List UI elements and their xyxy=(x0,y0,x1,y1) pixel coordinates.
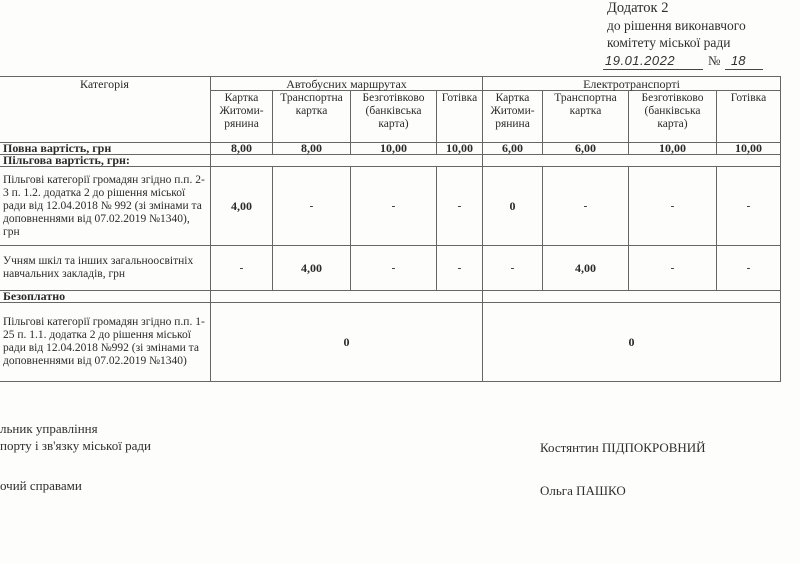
signatory-2-position: очий справами xyxy=(0,477,82,494)
price-cell: 0 xyxy=(483,167,543,246)
price-cell: 10,00 xyxy=(629,143,717,155)
price-cell: - xyxy=(437,246,483,291)
price-cell: 10,00 xyxy=(717,143,781,155)
price-cell: - xyxy=(351,246,437,291)
table-row-free-section: Безоплатно xyxy=(0,291,781,303)
table-row: Пільгові категорії громадян згідно п.п. … xyxy=(0,303,781,382)
price-cell: 8,00 xyxy=(273,143,351,155)
annex-line3: комітету міської ради xyxy=(607,34,746,51)
subheader-bus-city-card: Картка Житоми-рянина xyxy=(211,91,273,143)
annex-header: Додаток 2 до рішення виконавчого комітет… xyxy=(607,0,746,69)
section-label: Пільгова вартість, грн: xyxy=(0,155,211,167)
price-cell: - xyxy=(629,246,717,291)
price-cell: - xyxy=(717,167,781,246)
price-cell: - xyxy=(483,246,543,291)
date-underline xyxy=(603,69,703,70)
position-line: порту і зв'язку міської ради xyxy=(0,437,151,454)
position-line: льник управління xyxy=(0,420,151,437)
electric-free-cell: 0 xyxy=(483,303,781,382)
table-row-discount-section: Пільгова вартість, грн: xyxy=(0,155,781,167)
table-row: Пільгові категорії громадян згідно п.п. … xyxy=(0,167,781,246)
row-label: Пільгові категорії громадян згідно п.п. … xyxy=(0,167,211,246)
price-cell: 6,00 xyxy=(543,143,629,155)
subheader-electric-cashless: Безготівково (банківська карта) xyxy=(629,91,717,143)
annex-line2: до рішення виконавчого xyxy=(607,17,746,34)
group-electric: Електротранспорті xyxy=(483,77,781,91)
signatory-2-name: Ольга ПАШКО xyxy=(540,482,626,499)
price-cell: - xyxy=(211,246,273,291)
price-cell: 4,00 xyxy=(211,167,273,246)
annex-number: 18 xyxy=(731,52,745,69)
subheader-electric-transport-card: Транспортна картка xyxy=(543,91,629,143)
subheader-bus-cashless: Безготівково (банківська карта) xyxy=(351,91,437,143)
price-cell: 4,00 xyxy=(273,246,351,291)
number-underline xyxy=(725,69,763,70)
annex-date: 19.01.2022 xyxy=(605,52,675,69)
empty-cell xyxy=(483,155,781,167)
subheader-bus-cash: Готівка xyxy=(437,91,483,143)
empty-cell xyxy=(211,155,483,167)
bus-free-cell: 0 xyxy=(211,303,483,382)
table-row: Учням шкіл та інших загальноосвітніх нав… xyxy=(0,246,781,291)
price-cell: - xyxy=(629,167,717,246)
price-cell: 4,00 xyxy=(543,246,629,291)
annex-date-line: 19.01.2022 № 18 xyxy=(607,52,746,69)
price-cell: - xyxy=(351,167,437,246)
price-cell: - xyxy=(543,167,629,246)
section-label: Безоплатно xyxy=(0,291,211,303)
price-cell: 10,00 xyxy=(351,143,437,155)
number-label: № xyxy=(708,52,720,69)
price-cell: 10,00 xyxy=(437,143,483,155)
subheader-electric-cash: Готівка xyxy=(717,91,781,143)
price-cell: - xyxy=(717,246,781,291)
row-label: Пільгові категорії громадян згідно п.п. … xyxy=(0,303,211,382)
annex-title: Додаток 2 xyxy=(607,0,746,17)
empty-cell xyxy=(483,291,781,303)
empty-cell xyxy=(211,291,483,303)
price-cell: 6,00 xyxy=(483,143,543,155)
category-header: Категорія xyxy=(0,77,211,143)
group-bus: Автобусних маршрутах xyxy=(211,77,483,91)
signatory-1-name: Костянтин ПІДПОКРОВНИЙ xyxy=(540,439,706,456)
subheader-bus-transport-card: Транспортна картка xyxy=(273,91,351,143)
signatory-1-position: льник управління порту і зв'язку міської… xyxy=(0,420,151,454)
row-label: Учням шкіл та інших загальноосвітніх нав… xyxy=(0,246,211,291)
subheader-electric-city-card: Картка Житоми-рянина xyxy=(483,91,543,143)
price-cell: - xyxy=(437,167,483,246)
price-cell: - xyxy=(273,167,351,246)
price-cell: 8,00 xyxy=(211,143,273,155)
tariff-table: Категорія Автобусних маршрутах Електротр… xyxy=(0,76,781,382)
